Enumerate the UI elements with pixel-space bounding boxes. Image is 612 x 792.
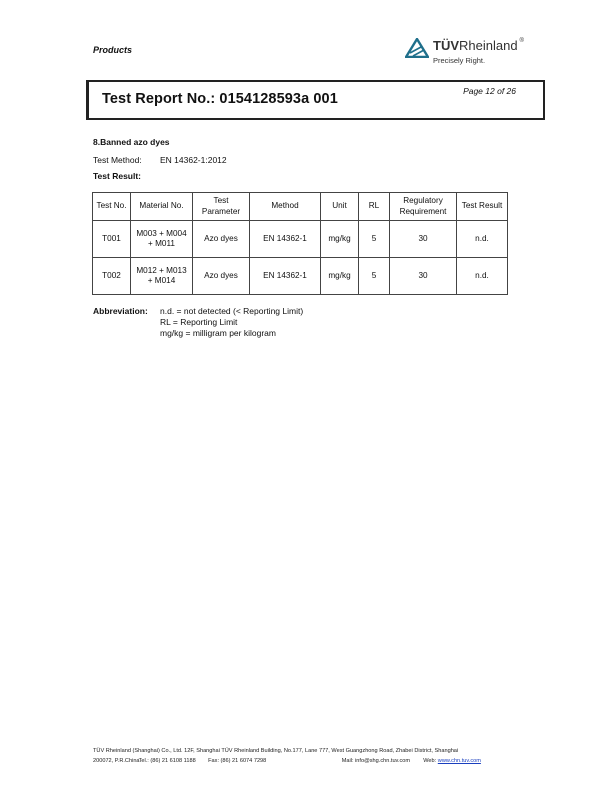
footer-mail: Mail: info@shg.chn.tuv.com	[342, 756, 422, 766]
logo-brand: TÜVRheinland®	[433, 38, 524, 53]
abbreviation-item: mg/kg = milligram per kilogram	[160, 328, 303, 339]
abbreviation-label: Abbreviation:	[93, 306, 148, 316]
cell-rl: 5	[359, 258, 390, 295]
header-material-no: Material No.	[131, 193, 193, 221]
logo-tagline: Precisely Right.	[433, 56, 485, 65]
cell-regulatory-requirement: 30	[390, 221, 457, 258]
test-method-value: EN 14362-1:2012	[160, 155, 227, 165]
cell-test-parameter: Azo dyes	[193, 258, 250, 295]
tuv-triangle-logo-icon	[405, 38, 429, 58]
footer-postal: 200072, P.R.China	[93, 756, 137, 766]
logo-brand-bold: TÜV	[433, 38, 459, 53]
cell-test-result: n.d.	[457, 258, 508, 295]
logo-registered: ®	[520, 38, 524, 44]
footer-contact-line: 200072, P.R.China Tel.: (86) 21 6108 118…	[93, 756, 481, 766]
header-test-parameter: Test Parameter	[193, 193, 250, 221]
header-test-result: Test Result	[457, 193, 508, 221]
footer-address: TÜV Rheinland (Shanghai) Co., Ltd. 12F, …	[93, 746, 481, 756]
cell-method: EN 14362-1	[250, 258, 321, 295]
table-row: T002 M012 + M013 + M014 Azo dyes EN 1436…	[93, 258, 508, 295]
cell-rl: 5	[359, 221, 390, 258]
cell-unit: mg/kg	[321, 258, 359, 295]
logo-brand-rest: Rheinland	[459, 38, 518, 53]
footer-tel: Tel.: (86) 21 6108 1188	[139, 756, 207, 766]
header-unit: Unit	[321, 193, 359, 221]
footer-web-label: Web:	[423, 756, 436, 766]
table-header-row: Test No. Material No. Test Parameter Met…	[93, 193, 508, 221]
cell-unit: mg/kg	[321, 221, 359, 258]
header-rl: RL	[359, 193, 390, 221]
results-table: Test No. Material No. Test Parameter Met…	[92, 192, 508, 295]
cell-material-no: M012 + M013 + M014	[131, 258, 193, 295]
page-number: Page 12 of 26	[463, 86, 516, 96]
header-test-no: Test No.	[93, 193, 131, 221]
table-row: T001 M003 + M004 + M011 Azo dyes EN 1436…	[93, 221, 508, 258]
abbreviation-list: n.d. = not detected (< Reporting Limit) …	[160, 306, 303, 339]
header-regulatory-requirement: Regulatory Requirement	[390, 193, 457, 221]
report-header-box: Test Report No.: 0154128593a 001 Page 12…	[86, 80, 545, 120]
cell-material-no: M003 + M004 + M011	[131, 221, 193, 258]
cell-method: EN 14362-1	[250, 221, 321, 258]
header-section-label: Products	[93, 45, 132, 55]
footer-fax: Fax: (86) 21 6074 7298	[208, 756, 340, 766]
report-title: Test Report No.: 0154128593a 001	[102, 91, 338, 107]
test-result-label: Test Result:	[93, 171, 141, 181]
tuv-rheinland-logo: TÜVRheinland® Precisely Right.	[405, 36, 535, 70]
section-title: 8.Banned azo dyes	[93, 137, 170, 147]
abbreviation-item: RL = Reporting Limit	[160, 317, 303, 328]
cell-test-no: T001	[93, 221, 131, 258]
test-method-label: Test Method:	[93, 155, 142, 165]
cell-test-no: T002	[93, 258, 131, 295]
footer-web-link[interactable]: www.chn.tuv.com	[438, 758, 481, 764]
cell-test-parameter: Azo dyes	[193, 221, 250, 258]
cell-regulatory-requirement: 30	[390, 258, 457, 295]
footer: TÜV Rheinland (Shanghai) Co., Ltd. 12F, …	[93, 746, 481, 766]
header-method: Method	[250, 193, 321, 221]
abbreviation-item: n.d. = not detected (< Reporting Limit)	[160, 306, 303, 317]
cell-test-result: n.d.	[457, 221, 508, 258]
